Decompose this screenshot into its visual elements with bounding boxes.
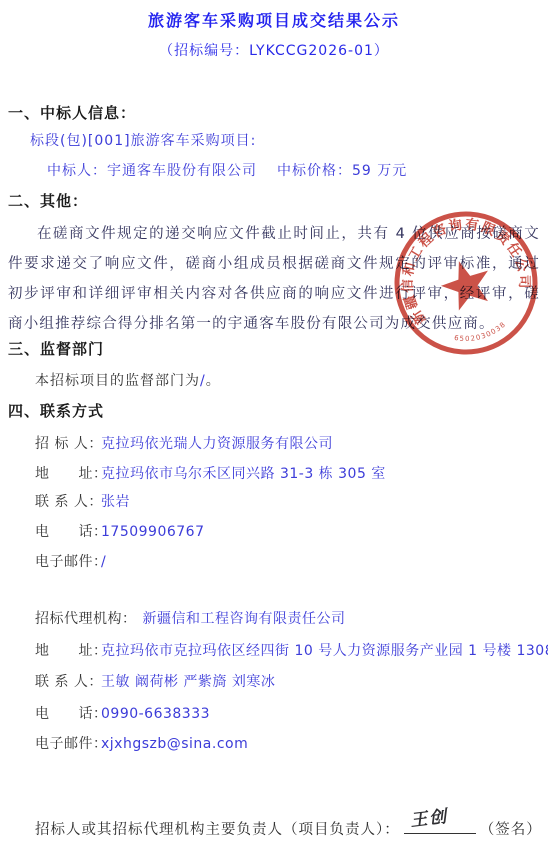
handwritten-signature: 王创 [409,802,450,831]
responsible-person-line: 招标人或其招标代理机构主要负责人（项目负责人）：（签名） [35,818,542,839]
supervision-line: 本招标项目的监督部门为/。 [35,370,221,390]
contact-value: 克拉玛依市克拉玛依区经四街 10 号人力资源服务产业园 1 号楼 1308 室 [101,643,548,659]
section-heading-contact: 四、联系方式 [8,400,104,421]
price-value: 59 万元 [352,163,407,179]
tenderer-row-person: 联 系 人：张岩 [35,491,130,511]
contact-label: 联 系 人： [35,671,101,691]
tenderer-row-phone: 电 话：17509906767 [35,521,204,541]
supervision-prefix: 本招标项目的监督部门为 [35,373,200,389]
agency-row-person: 联 系 人：王敏 阚荷彬 严紫旖 刘寒冰 [35,671,275,691]
winner-name: 宇通客车股份有限公司 [107,163,257,179]
contact-label: 电子邮件： [35,733,101,753]
contact-label: 电 话： [35,703,101,723]
contact-label: 联 系 人： [35,491,101,511]
section-heading-supervision: 三、监督部门 [8,338,104,359]
section-heading-winner: 一、中标人信息： [8,102,136,123]
contact-value: 新疆信和工程咨询有限责任公司 [143,611,346,627]
footer-prefix: 招标人或其招标代理机构主要负责人（项目负责人）： [35,822,400,838]
contact-value: 张岩 [101,494,130,510]
contact-label: 地 址： [35,640,101,660]
contact-value: 克拉玛依市乌尔禾区同兴路 31-3 栋 305 室 [101,466,386,482]
contact-value: / [101,554,106,570]
supervision-suffix: 。 [206,373,221,389]
sign-label: （签名） [480,822,542,838]
contact-value: 克拉玛依光瑞人力资源服务有限公司 [101,436,333,452]
agency-row-address: 地 址：克拉玛依市克拉玛依区经四街 10 号人力资源服务产业园 1 号楼 130… [35,640,548,660]
contact-value: xjxhgszb@sina.com [101,736,248,752]
contact-label: 地 址： [35,463,101,483]
tenderer-row-address: 地 址：克拉玛依市乌尔禾区同兴路 31-3 栋 305 室 [35,463,386,483]
contact-value: 0990-6638333 [101,706,210,722]
tenderer-row-email: 电子邮件：/ [35,551,106,571]
winner-line: 中标人：宇通客车股份有限公司 中标价格：59 万元 [47,160,257,180]
contact-label: 电 话： [35,521,101,541]
page-title: 旅游客车采购项目成交结果公示 [0,8,548,31]
section-heading-other: 二、其他： [8,190,88,211]
evaluation-paragraph: 在磋商文件规定的递交响应文件截止时间止，共有 4 位供应商按磋商文件要求递交了响… [8,219,540,339]
lot-line: 标段(包)[001]旅游客车采购项目: [30,130,256,150]
contact-value: 17509906767 [101,524,204,540]
contact-label: 招 标 人： [35,433,101,453]
contact-label: 招标代理机构： [35,608,137,628]
contact-label: 电子邮件： [35,551,101,571]
tender-number: （招标编号：LYKCCG2026-01） [0,40,548,60]
agency-row-name: 招标代理机构：新疆信和工程咨询有限责任公司 [35,608,346,628]
winner-label: 中标人： [47,163,107,179]
tenderer-row-name: 招 标 人：克拉玛依光瑞人力资源服务有限公司 [35,433,333,453]
contact-value: 王敏 阚荷彬 严紫旖 刘寒冰 [101,674,275,690]
agency-row-email: 电子邮件：xjxhgszb@sina.com [35,733,248,753]
announcement-document: 旅游客车采购项目成交结果公示 （招标编号：LYKCCG2026-01） 一、中标… [0,0,548,848]
price-part: 中标价格：59 万元 [277,160,407,180]
price-label: 中标价格： [277,163,352,179]
agency-row-phone: 电 话：0990-6638333 [35,703,210,723]
